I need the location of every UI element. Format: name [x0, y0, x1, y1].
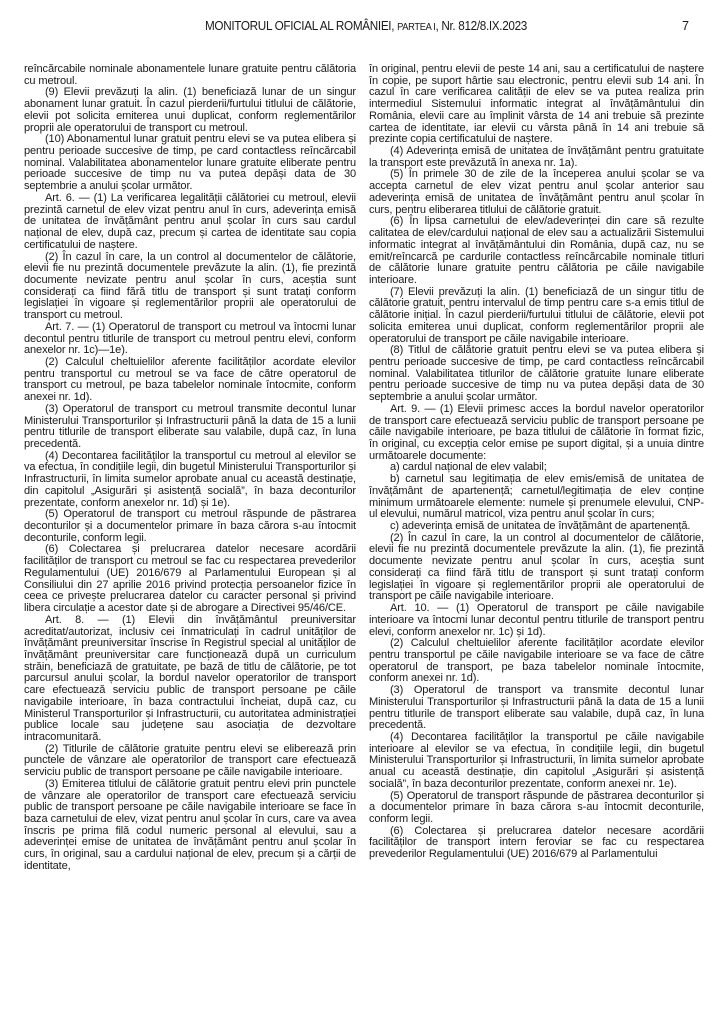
- paragraph: (3) Operatorul de transport va transmite…: [369, 685, 704, 732]
- paragraph: (5) În primele 30 de zile de la începere…: [369, 169, 704, 216]
- paragraph: (5) Operatorul de transport cu metroul r…: [24, 509, 356, 544]
- paragraph: (8) Titlul de călătorie gratuit pentru e…: [369, 345, 704, 404]
- paragraph: (2) Calculul cheltuielilor aferente faci…: [369, 638, 704, 685]
- paragraph: (6) Colectarea și prelucrarea datelor ne…: [24, 544, 356, 614]
- article-9: Art. 9. — (1) Elevii primesc acces la bo…: [369, 404, 704, 463]
- paragraph: (3) Emiterea titlului de călătorie gratu…: [24, 779, 356, 873]
- article-8: Art. 8. — (1) Elevii din învățământul pr…: [24, 615, 356, 744]
- article-10: Art. 10. — (1) Operatorul de transport p…: [369, 603, 704, 638]
- paragraph: (9) Elevii prevăzuți la alin. (1) benefi…: [24, 87, 356, 134]
- paragraph: (2) În cazul în care, la un control al d…: [369, 533, 704, 603]
- paragraph: (4) Adeverința emisă de unitatea de învă…: [369, 146, 704, 169]
- left-column: reîncărcabile nominale abonamentele luna…: [24, 64, 356, 873]
- paragraph: (4) Decontarea facilităților la transpor…: [369, 732, 704, 791]
- paragraph: (7) Elevii prevăzuți la alin. (1) benefi…: [369, 287, 704, 346]
- paragraph: (2) Titlurile de călătorie gratuite pent…: [24, 744, 356, 779]
- publication-title: MONITORUL OFICIAL AL ROMÂNIEI, PARTEA I,…: [205, 19, 527, 33]
- page-header: MONITORUL OFICIAL AL ROMÂNIEI, PARTEA I,…: [0, 19, 724, 35]
- publication-part: PARTEA I: [397, 22, 435, 33]
- paragraph: (6) Colectarea și prelucrarea datelor ne…: [369, 826, 704, 861]
- paragraph: (6) În lipsa carnetului de elev/adeverin…: [369, 216, 704, 286]
- paragraph: (10) Abonamentul lunar gratuit pentru el…: [24, 134, 356, 193]
- right-column: în original, pentru elevii de peste 14 a…: [369, 64, 704, 861]
- publication-issue: , Nr. 812/8.IX.2023: [435, 19, 526, 33]
- article-7: Art. 7. — (1) Operatorul de transport cu…: [24, 322, 356, 357]
- paragraph: (4) Decontarea facilităților la transpor…: [24, 451, 356, 510]
- paragraph: în original, pentru elevii de peste 14 a…: [369, 64, 704, 146]
- publication-name: MONITORUL OFICIAL AL ROMÂNIEI,: [205, 19, 397, 33]
- paragraph: reîncărcabile nominale abonamentele luna…: [24, 64, 356, 87]
- paragraph: (2) În cazul în care, la un control al d…: [24, 252, 356, 322]
- paragraph: (2) Calculul cheltuielilor aferente faci…: [24, 357, 356, 404]
- list-item: c) adeverința emisă de unitatea de învăț…: [369, 521, 704, 533]
- list-item: b) carnetul sau legitimația de elev emis…: [369, 474, 704, 521]
- paragraph: (5) Operatorul de transport răspunde de …: [369, 791, 704, 826]
- paragraph: (3) Operatorul de transport cu metroul t…: [24, 404, 356, 451]
- page-number: 7: [682, 19, 689, 33]
- article-6: Art. 6. — (1) La verificarea legalității…: [24, 193, 356, 252]
